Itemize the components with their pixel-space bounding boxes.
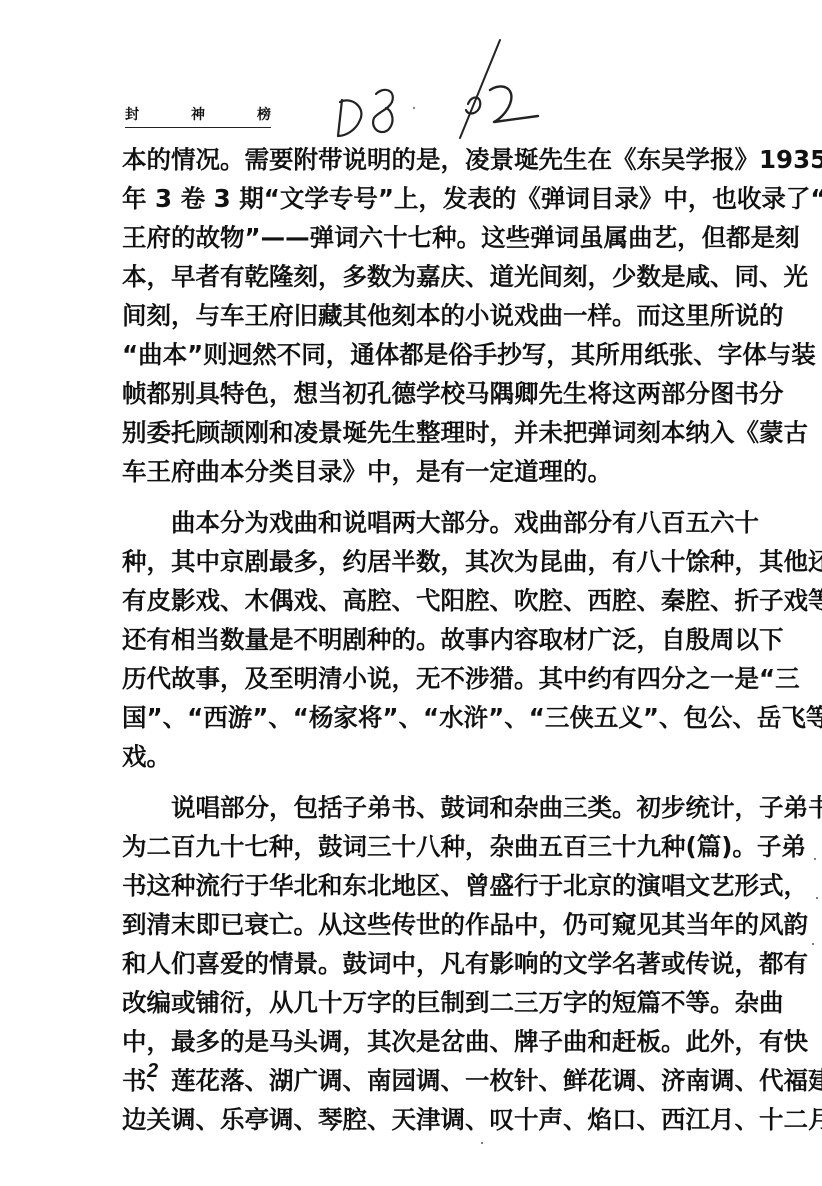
paragraph: 本的情况。需要附带说明的是，凌景埏先生在《东吴学报》1935 年 3 卷 3 期… <box>122 140 734 491</box>
text-line: 历代故事，及至明清小说，无不涉猎。其中约有四分之一是“三 <box>122 659 734 698</box>
text-line: 改编或铺衍，从几十万字的巨制到二三万字的短篇不等。杂曲 <box>122 983 734 1022</box>
scan-speck <box>814 858 816 860</box>
scan-speck <box>816 897 818 899</box>
text-line: 曲本分为戏曲和说唱两大部分。戏曲部分有八百五六十 <box>122 503 734 542</box>
running-head-char: 神 <box>191 106 205 124</box>
text-line: 说唱部分，包括子弟书、鼓词和杂曲三类。初步统计，子弟书 <box>122 788 734 827</box>
text-line: 年 3 卷 3 期“文学专号”上，发表的《弹词目录》中，也收录了“车 <box>122 179 734 218</box>
text-line: 书这种流行于华北和东北地区、曾盛行于北京的演唱文艺形式， <box>122 866 734 905</box>
text-line: 有皮影戏、木偶戏、高腔、弋阳腔、吹腔、西腔、秦腔、折子戏等，也 <box>122 581 734 620</box>
text-line: 种，其中京剧最多，约居半数，其次为昆曲，有八十馀种，其他还 <box>122 542 734 581</box>
text-line: 本，早者有乾隆刻，多数为嘉庆、道光间刻，少数是咸、同、光 <box>122 257 734 296</box>
scan-speck <box>481 1142 483 1144</box>
running-head-char: 榜 <box>257 106 271 124</box>
text-line: 间刻，与车王府旧藏其他刻本的小说戏曲一样。而这里所说的 <box>122 296 734 335</box>
text-line: 中，最多的是马头调，其次是岔曲、牌子曲和赶板。此外，有快 <box>122 1022 734 1061</box>
text-line: 到清末即已衰亡。从这些传世的作品中，仍可窥见其当年的风韵 <box>122 905 734 944</box>
book-page: 封 神 榜 DB 62 本的情况。需要附带说明的是，凌景埏先生在《东吴学报》19… <box>0 0 822 1186</box>
paragraph: 曲本分为戏曲和说唱两大部分。戏曲部分有八百五六十 种，其中京剧最多，约居半数，其… <box>122 503 734 776</box>
page-number: 2 <box>147 1060 158 1083</box>
text-line: 车王府曲本分类目录》中，是有一定道理的。 <box>122 452 734 491</box>
text-line: 还有相当数量是不明剧种的。故事内容取材广泛，自殷周以下 <box>122 620 734 659</box>
text-line: 别委托顾颉刚和凌景埏先生整理时，并未把弹词刻本纳入《蒙古 <box>122 413 734 452</box>
text-line: 为二百九十七种，鼓词三十八种，杂曲五百三十九种(篇)。子弟 <box>122 827 734 866</box>
scan-speck <box>812 943 814 945</box>
text-line: 边关调、乐亭调、琴腔、天津调、叹十声、焰口、西江月、十二月、太 <box>122 1100 734 1139</box>
text-line: 和人们喜爱的情景。鼓词中，凡有影响的文学名著或传说，都有 <box>122 944 734 983</box>
text-line: 戏。 <box>122 737 734 776</box>
text-line: 书、莲花落、湖广调、南园调、一枚针、鲜花调、济南调、代福建调、 <box>122 1061 734 1100</box>
paragraph: 说唱部分，包括子弟书、鼓词和杂曲三类。初步统计，子弟书 为二百九十七种，鼓词三十… <box>122 788 734 1139</box>
running-head: 封 神 榜 <box>125 106 271 128</box>
text-line: 国”、“西游”、“杨家将”、“水浒”、“三侠五义”、包公、岳飞等故事 <box>122 698 734 737</box>
running-head-char: 封 <box>125 106 139 124</box>
text-line: 本的情况。需要附带说明的是，凌景埏先生在《东吴学报》1935 <box>122 140 734 179</box>
text-line: 帧都别具特色，想当初孔德学校马隅卿先生将这两部分图书分 <box>122 374 734 413</box>
text-line: “曲本”则迥然不同，通体都是俗手抄写，其所用纸张、字体与装 <box>122 335 734 374</box>
text-line: 王府的故物”——弹词六十七种。这些弹词虽属曲艺，但都是刻 <box>122 218 734 257</box>
body-text: 本的情况。需要附带说明的是，凌景埏先生在《东吴学报》1935 年 3 卷 3 期… <box>122 140 734 1139</box>
handwritten-annotation: DB 62 <box>330 38 550 148</box>
